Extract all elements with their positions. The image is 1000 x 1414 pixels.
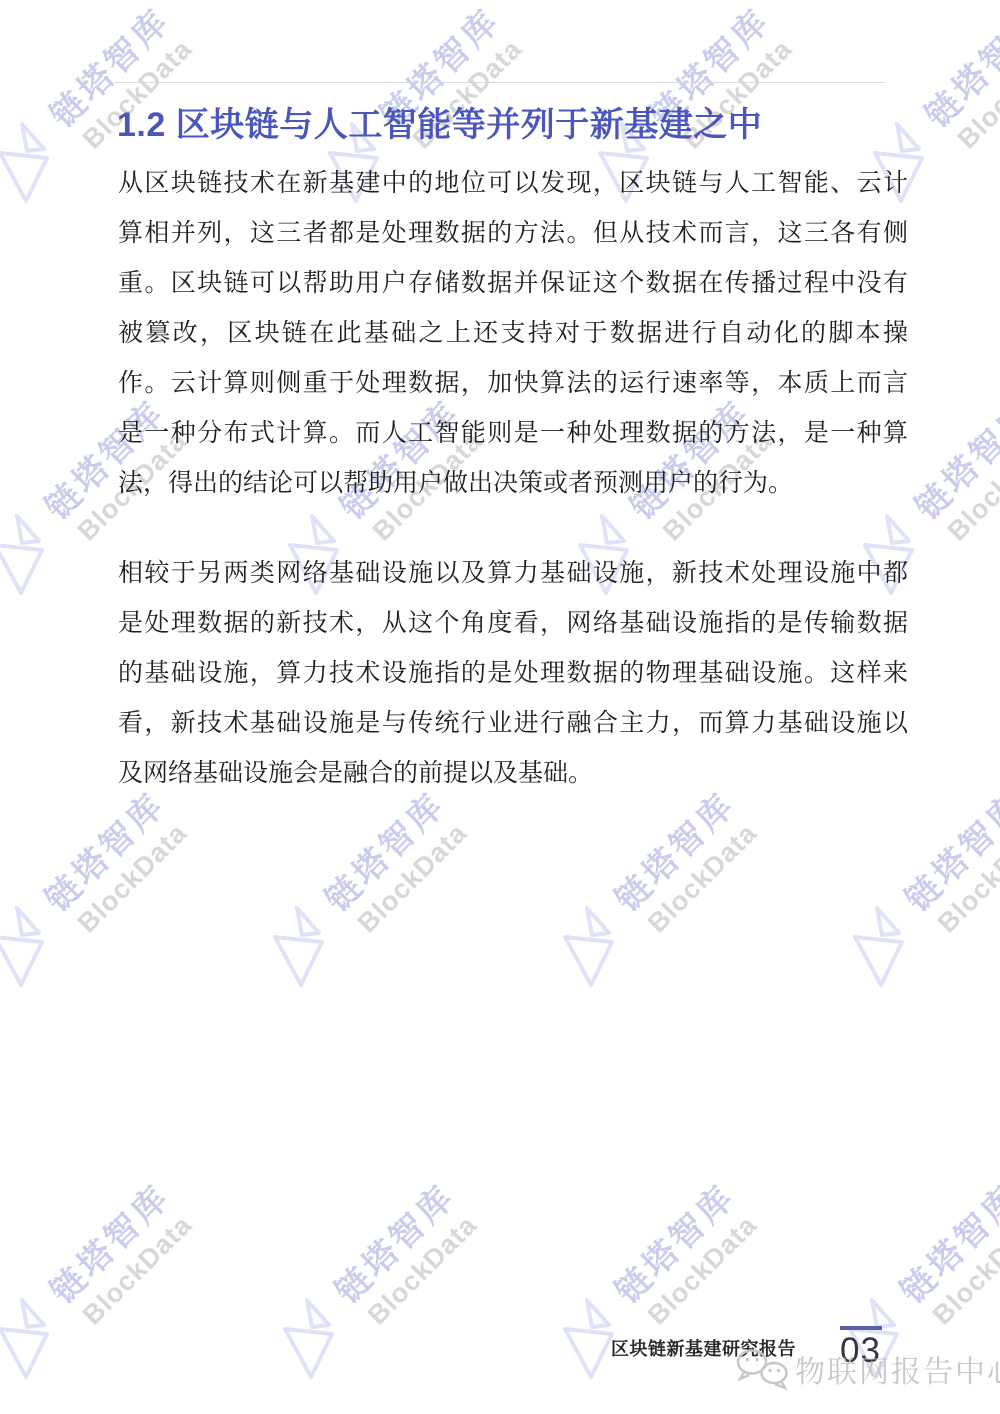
- paragraph-line: 算相并列，这三者都是处理数据的方法。但从技术而言，这三各有侧: [118, 208, 908, 258]
- paragraph-line: 是一种分布式计算。而人工智能则是一种处理数据的方法，是一种算: [118, 408, 908, 458]
- watermark-en: BlockData: [68, 811, 200, 943]
- watermark-cluster: 链塔智库BlockData: [275, 784, 490, 999]
- watermark-cn: 链塔智库: [900, 787, 1000, 919]
- watermark-cluster: 链塔智库BlockData: [855, 784, 1000, 999]
- wechat-icon: [735, 1346, 793, 1392]
- watermark-en: BlockData: [358, 1203, 490, 1335]
- blockdata-logo-icon: [563, 906, 615, 988]
- blockdata-logo-icon: [853, 906, 905, 988]
- watermark-en: BlockData: [928, 811, 1000, 943]
- wechat-stamp: 物联网报告中心: [735, 1346, 1000, 1392]
- watermark-en: BlockData: [348, 811, 480, 943]
- watermark-cn: 链塔智库: [610, 787, 742, 919]
- report-page: 链塔智库BlockData链塔智库BlockData链塔智库BlockData链…: [0, 0, 1000, 1414]
- watermark-en: BlockData: [938, 419, 1000, 551]
- top-divider: [115, 82, 885, 83]
- watermark-text: 链塔智库BlockData: [900, 787, 1000, 947]
- watermark-en: BlockData: [73, 1203, 205, 1335]
- blockdata-logo-icon: [563, 1298, 615, 1380]
- watermark-cn: 链塔智库: [895, 1179, 1000, 1311]
- paragraph-line: 相较于另两类网络基础设施以及算力基础设施，新技术处理设施中都: [118, 548, 908, 598]
- blockdata-logo-icon: [0, 122, 50, 204]
- watermark-cn: 链塔智库: [920, 3, 1000, 135]
- paragraph-line: 是处理数据的新技术，从这个角度看，网络基础设施指的是传输数据: [118, 598, 908, 648]
- watermark-text: 链塔智库BlockData: [920, 3, 1000, 163]
- stamp-text: 物联网报告中心: [795, 1347, 1000, 1391]
- section-title: 1.2 区块链与人工智能等并列于新基建之中: [117, 97, 762, 146]
- paragraph-1: 从区块链技术在新基建中的地位可以发现，区块链与人工智能、云计算相并列，这三者都是…: [118, 158, 908, 508]
- watermark-en: BlockData: [638, 1203, 770, 1335]
- watermark-text: 链塔智库BlockData: [610, 1179, 770, 1339]
- watermark-text: 链塔智库BlockData: [320, 787, 480, 947]
- paragraph-2: 相较于另两类网络基础设施以及算力基础设施，新技术处理设施中都是处理数据的新技术，…: [118, 548, 908, 798]
- paragraph-line: 作。云计算则侧重于处理数据，加快算法的运行速率等，本质上而言: [118, 358, 908, 408]
- page-number-divider: [840, 1326, 882, 1330]
- paragraph-line: 从区块链技术在新基建中的地位可以发现，区块链与人工智能、云计: [118, 158, 908, 208]
- blockdata-logo-icon: [283, 1298, 335, 1380]
- paragraph-line: 看，新技术基础设施是与传统行业进行融合主力，而算力基础设施以: [118, 698, 908, 748]
- paragraph-line: 的基础设施，算力技术设施指的是处理数据的物理基础设施。这样来: [118, 648, 908, 698]
- paragraph-line: 及网络基础设施会是融合的前提以及基础。: [118, 748, 908, 798]
- watermark-cn: 链塔智库: [40, 787, 172, 919]
- watermark-text: 链塔智库BlockData: [910, 395, 1000, 555]
- watermark-cluster: 链塔智库BlockData: [565, 784, 780, 999]
- watermark-cn: 链塔智库: [330, 1179, 462, 1311]
- watermark-cluster: 链塔智库BlockData: [0, 1176, 215, 1391]
- blockdata-logo-icon: [273, 906, 325, 988]
- watermark-en: BlockData: [923, 1203, 1000, 1335]
- watermark-text: 链塔智库BlockData: [610, 787, 770, 947]
- watermark-cn: 链塔智库: [45, 1179, 177, 1311]
- watermark-cn: 链塔智库: [610, 1179, 742, 1311]
- blockdata-logo-icon: [0, 906, 45, 988]
- watermark-text: 链塔智库BlockData: [40, 787, 200, 947]
- paragraph-line: 被篡改，区块链在此基础之上还支持对于数据进行自动化的脚本操: [118, 308, 908, 358]
- watermark-text: 链塔智库BlockData: [45, 1179, 205, 1339]
- watermark-cluster: 链塔智库BlockData: [0, 784, 210, 999]
- watermark-cn: 链塔智库: [910, 395, 1000, 527]
- blockdata-logo-icon: [0, 1298, 50, 1380]
- watermark-en: BlockData: [948, 27, 1000, 159]
- watermark-text: 链塔智库BlockData: [330, 1179, 490, 1339]
- blockdata-logo-icon: [0, 514, 45, 596]
- watermark-text: 链塔智库BlockData: [895, 1179, 1000, 1339]
- paragraph-line: 重。区块链可以帮助用户存储数据并保证这个数据在传播过程中没有: [118, 258, 908, 308]
- watermark-cn: 链塔智库: [320, 787, 452, 919]
- watermark-en: BlockData: [638, 811, 770, 943]
- paragraph-line: 法，得出的结论可以帮助用户做出决策或者预测用户的行为。: [118, 458, 908, 508]
- watermark-cluster: 链塔智库BlockData: [285, 1176, 500, 1391]
